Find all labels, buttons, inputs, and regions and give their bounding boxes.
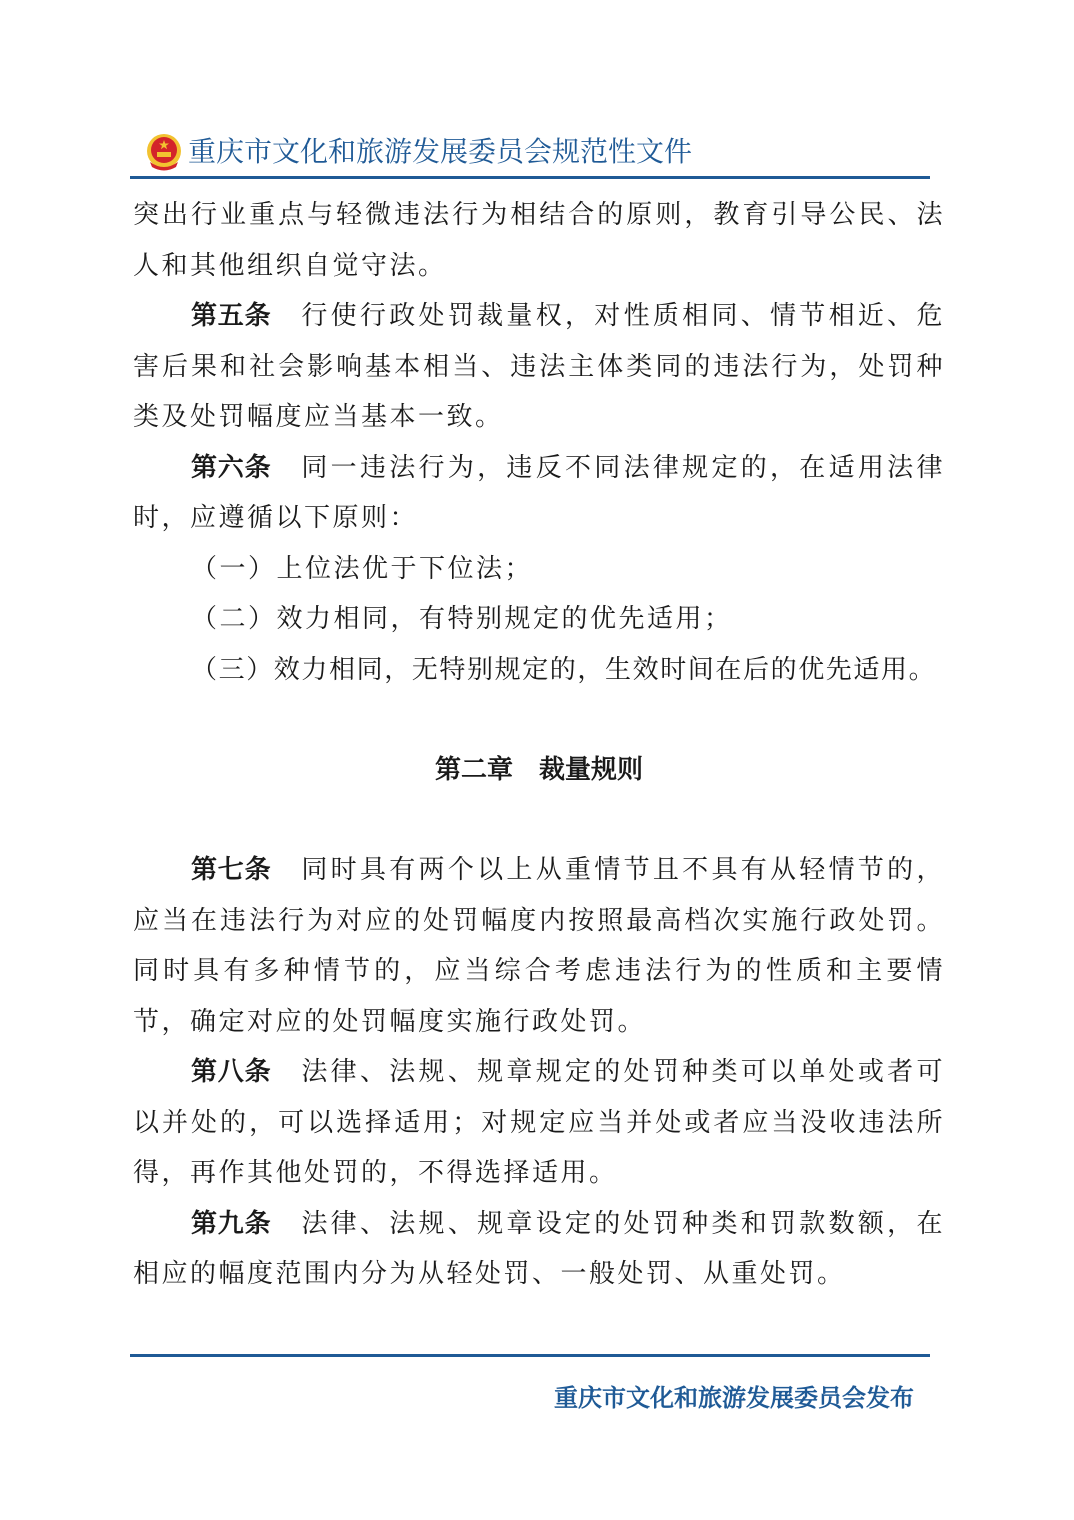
article-5: 第五条行使行政处罚裁量权，对性质相同、情节相近、危害后果和社会影响基本相当、违法… [133, 291, 945, 443]
footer-publisher: 重庆市文化和旅游发展委员会发布 [554, 1378, 914, 1413]
article-label: 第九条 [191, 1209, 271, 1239]
national-emblem-icon [144, 132, 184, 172]
article-label: 第六条 [191, 453, 271, 483]
list-item: （一）上位法优于下位法； [133, 544, 945, 595]
header-title: 重庆市文化和旅游发展委员会规范性文件 [188, 134, 692, 170]
article-label: 第七条 [191, 855, 271, 885]
document-header: 重庆市文化和旅游发展委员会规范性文件 [130, 128, 930, 178]
list-item: （二）效力相同，有特别规定的优先适用； [133, 594, 945, 645]
article-label: 第八条 [191, 1057, 271, 1087]
paragraph-continuation: 突出行业重点与轻微违法行为相结合的原则，教育引导公民、法人和其他组织自觉守法。 [133, 190, 945, 291]
footer-divider [130, 1354, 930, 1357]
list-item: （三）效力相同，无特别规定的，生效时间在后的优先适用。 [133, 645, 945, 696]
article-7: 第七条同时具有两个以上从重情节且不具有从轻情节的，应当在违法行为对应的处罚幅度内… [133, 845, 945, 1047]
article-label: 第五条 [191, 301, 271, 331]
chapter-heading: 第二章 裁量规则 [133, 745, 945, 795]
header-divider [130, 176, 930, 179]
article-8: 第八条法律、法规、规章规定的处罚种类可以单处或者可以并处的，可以选择适用；对规定… [133, 1047, 945, 1199]
article-9: 第九条法律、法规、规章设定的处罚种类和罚款数额，在相应的幅度范围内分为从轻处罚、… [133, 1199, 945, 1300]
article-6: 第六条同一违法行为，违反不同法律规定的，在适用法律时，应遵循以下原则： [133, 443, 945, 544]
document-body: 突出行业重点与轻微违法行为相结合的原则，教育引导公民、法人和其他组织自觉守法。 … [133, 190, 945, 1300]
